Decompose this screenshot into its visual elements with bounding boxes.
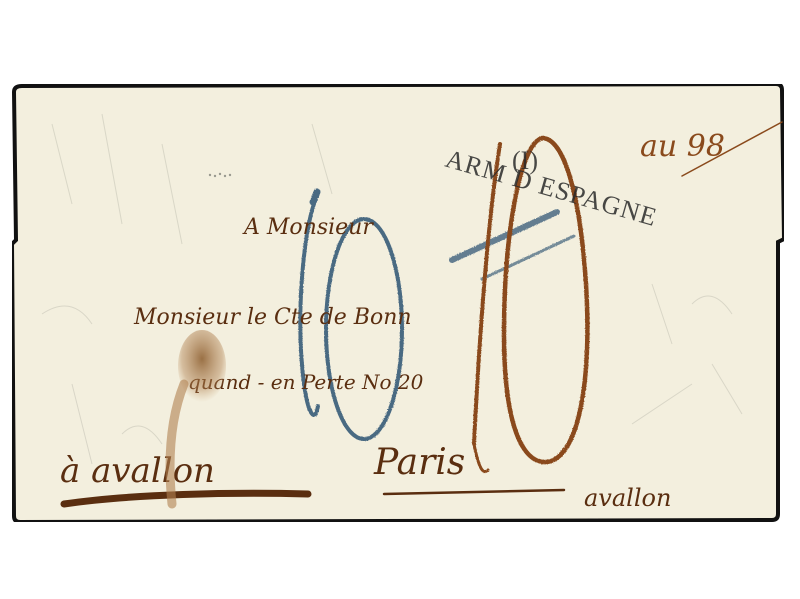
origin-text: à avallon bbox=[60, 451, 215, 491]
salutation-text: A Monsieur bbox=[242, 215, 374, 240]
svg-text:au 98: au 98 bbox=[640, 129, 725, 164]
postal-cover: (I) ARM D ESPAGNE au 98 A Monsieur Monsi… bbox=[12, 84, 784, 522]
origin-note-text: avallon bbox=[584, 484, 671, 512]
addressee-text: Monsieur le Cte de Bonn bbox=[133, 305, 412, 330]
destination-city-text: Paris bbox=[373, 442, 465, 483]
cover-artwork: (I) ARM D ESPAGNE au 98 A Monsieur Monsi… bbox=[12, 84, 784, 522]
